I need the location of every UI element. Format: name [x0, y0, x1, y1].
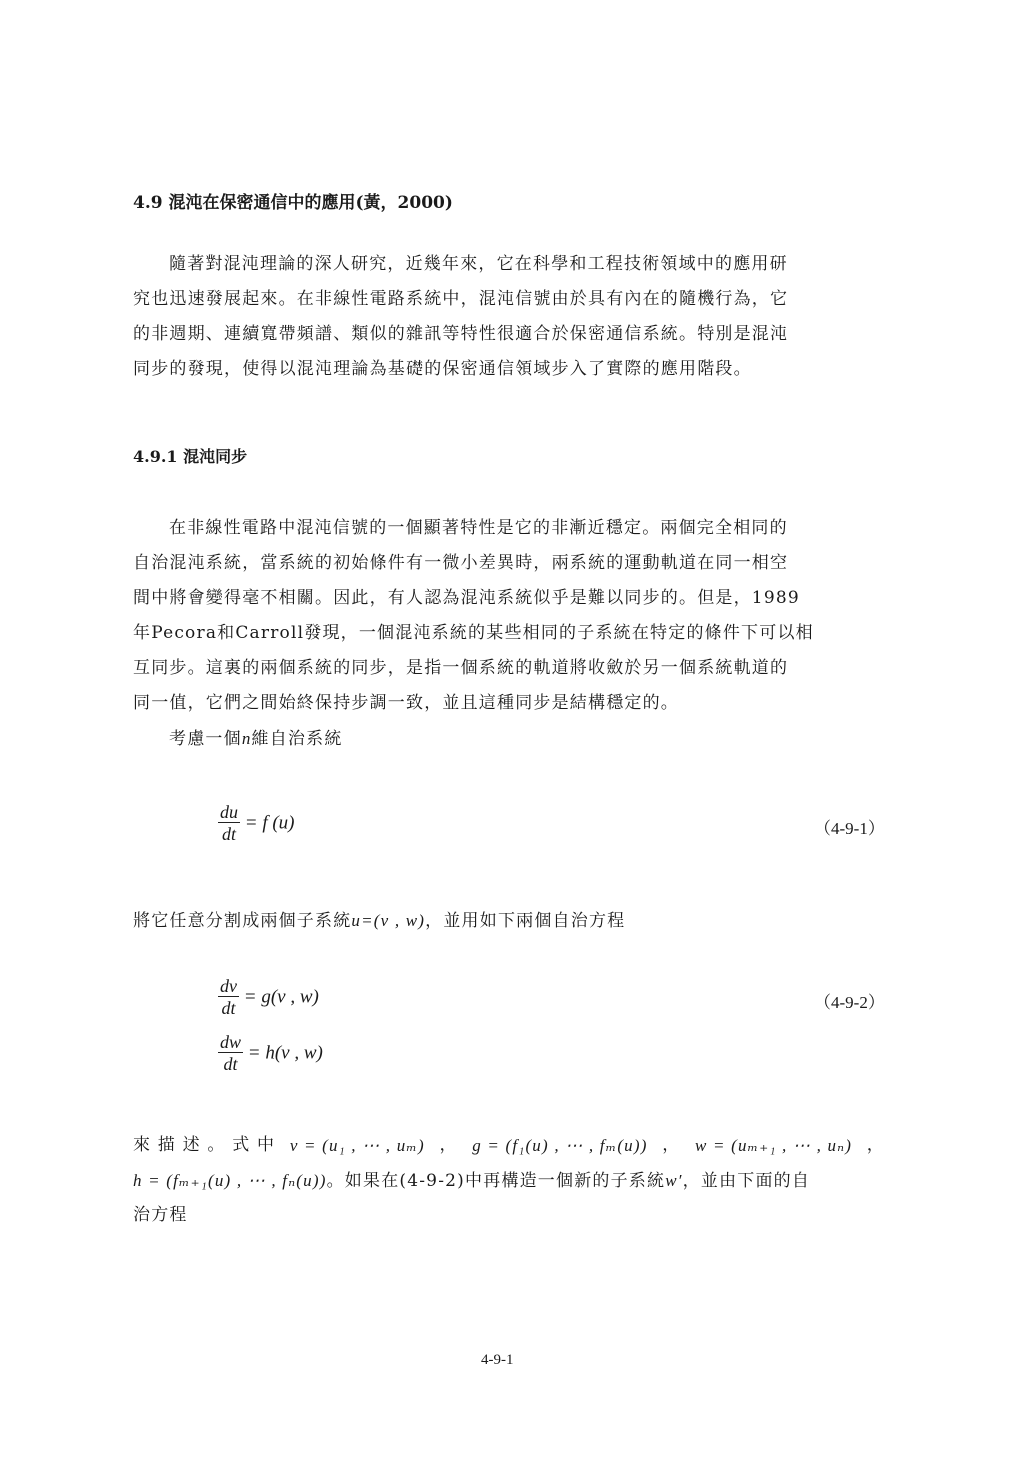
page-number: 4-9-1 [481, 1352, 514, 1369]
equation-4-9-1: du dt = f (u) [218, 802, 295, 845]
equation-4-9-2b: dw dt = h(v , w) [218, 1032, 323, 1075]
paragraph-line: 自治混沌系統，當系統的初始條件有一微小差異時，兩系統的運動軌道在同一相空 [133, 546, 893, 581]
paragraph-line: 在非線性電路中混沌信號的一個顯著特性是它的非漸近穩定。兩個完全相同的 [133, 511, 893, 546]
consider-line: 考慮一個n維自治系統 [133, 721, 893, 756]
equation-label: （4-9-2） [814, 988, 885, 1013]
paragraph-line: 同一值，它們之間始終保持步調一致，並且這種同步是結構穩定的。 [133, 686, 893, 721]
fraction: dw dt [218, 1032, 243, 1075]
section-heading: 4.9 混沌在保密通信中的應用(黃，2000) [133, 188, 453, 213]
subsection-paragraph: 在非線性電路中混沌信號的一個顯著特性是它的非漸近穩定。兩個完全相同的 自治混沌系… [133, 511, 893, 756]
section-intro-paragraph: 隨著對混沌理論的深人研究，近幾年來，它在科學和工程技術領域中的應用研 究也迅速發… [133, 247, 893, 387]
split-sentence: 將它任意分割成兩個子系統u=(v , w)，並用如下兩個自治方程 [133, 903, 893, 938]
fraction: dv dt [218, 976, 239, 1019]
paragraph-line: 年Pecora和Carroll發現，一個混沌系統的某些相同的子系統在特定的條件下… [133, 616, 893, 651]
description-paragraph: 來 描 述 。 式 中 v = (u₁ , ⋯ , uₘ) ， g = (f₁(… [133, 1128, 893, 1233]
description-line-1: 來 描 述 。 式 中 v = (u₁ , ⋯ , uₘ) ， g = (f₁(… [133, 1128, 885, 1163]
paragraph-line: 隨著對混沌理論的深人研究，近幾年來，它在科學和工程技術領域中的應用研 [133, 247, 893, 282]
paragraph-line: 間中將會變得毫不相關。因此，有人認為混沌系統似乎是難以同步的。但是，1989 [133, 581, 893, 616]
paragraph-line: 互同步。這裏的兩個系統的同步，是指一個系統的軌道將收斂於另一個系統軌道的 [133, 651, 893, 686]
equation-label: （4-9-1） [814, 814, 885, 839]
paragraph-line: 同步的發現，使得以混沌理論為基礎的保密通信領域步入了實際的應用階段。 [133, 352, 893, 387]
subsection-heading: 4.9.1 混沌同步 [133, 444, 247, 467]
paragraph-line: 的非週期、連續寬帶頻譜、類似的雜訊等特性很適合於保密通信系統。特別是混沌 [133, 317, 893, 352]
paragraph-line: 究也迅速發展起來。在非線性電路系統中，混沌信號由於具有內在的隨機行為，它 [133, 282, 893, 317]
fraction: du dt [218, 802, 240, 845]
description-line-2: h = (fₘ₊₁(u) , ⋯ , fₙ(u))。如果在(4-9-2)中再構造… [133, 1163, 893, 1198]
description-line-3: 治方程 [133, 1198, 893, 1233]
equation-4-9-2a: dv dt = g(v , w) [218, 976, 319, 1019]
